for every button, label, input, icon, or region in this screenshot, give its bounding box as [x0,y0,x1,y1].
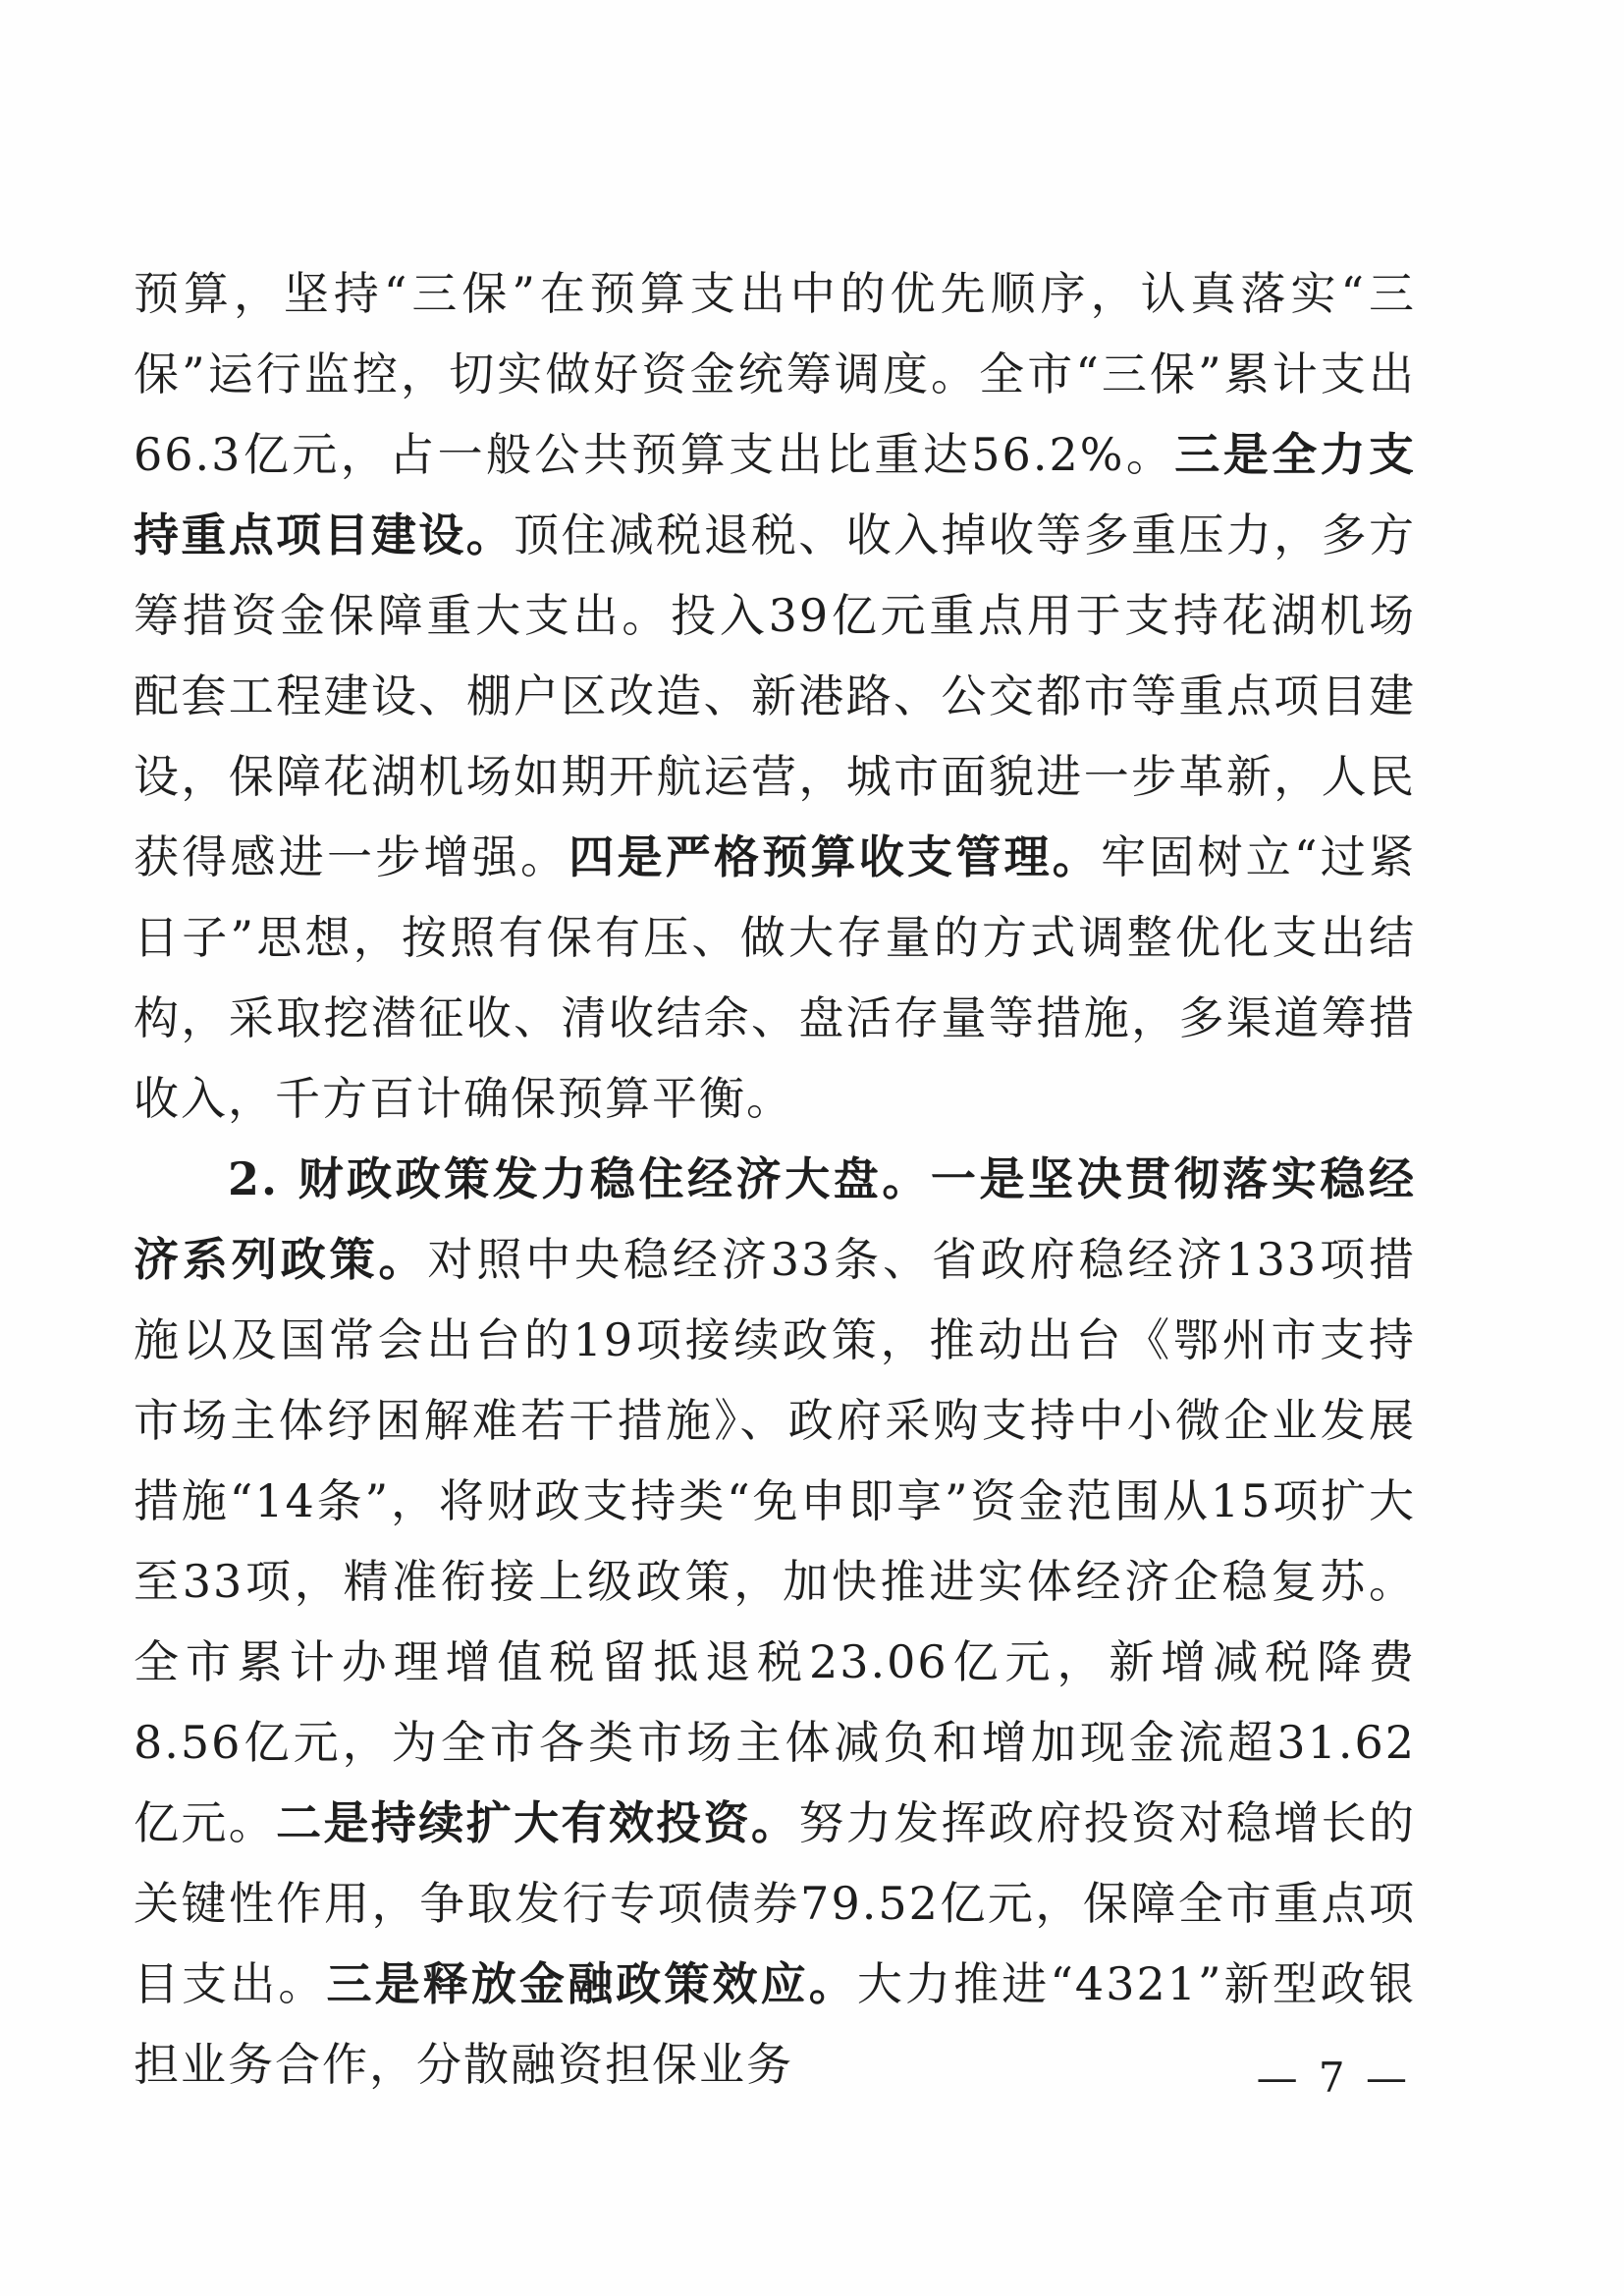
text-run: 对照中央稳经济33条、省政府稳经济133项措施以及国常会出台的19项接续政策，推… [134,1233,1416,1849]
text-run-bold: 四是严格预算收支管理。 [568,830,1101,883]
text-run-bold: 二是持续扩大有效投资。 [276,1796,798,1849]
paragraph-2: 2. 财政政策发力稳住经济大盘。一是坚决贯彻落实稳经济系列政策。对照中央稳经济3… [134,1139,1416,2105]
text-run-bold: 三是释放金融政策效应。 [327,1957,857,2010]
body-text: 预算，坚持“三保”在预算支出中的优先顺序，认真落实“三保”运行监控，切实做好资金… [134,253,1416,2105]
text-run: 顶住减税退税、收入掉收等多重压力，多方筹措资金保障重大支出。投入39亿元重点用于… [134,508,1416,883]
document-page: 预算，坚持“三保”在预算支出中的优先顺序，认真落实“三保”运行监控，切实做好资金… [0,0,1624,2296]
page-number: — 7 — [1257,2054,1411,2102]
paragraph-continuation: 预算，坚持“三保”在预算支出中的优先顺序，认真落实“三保”运行监控，切实做好资金… [134,253,1416,1139]
